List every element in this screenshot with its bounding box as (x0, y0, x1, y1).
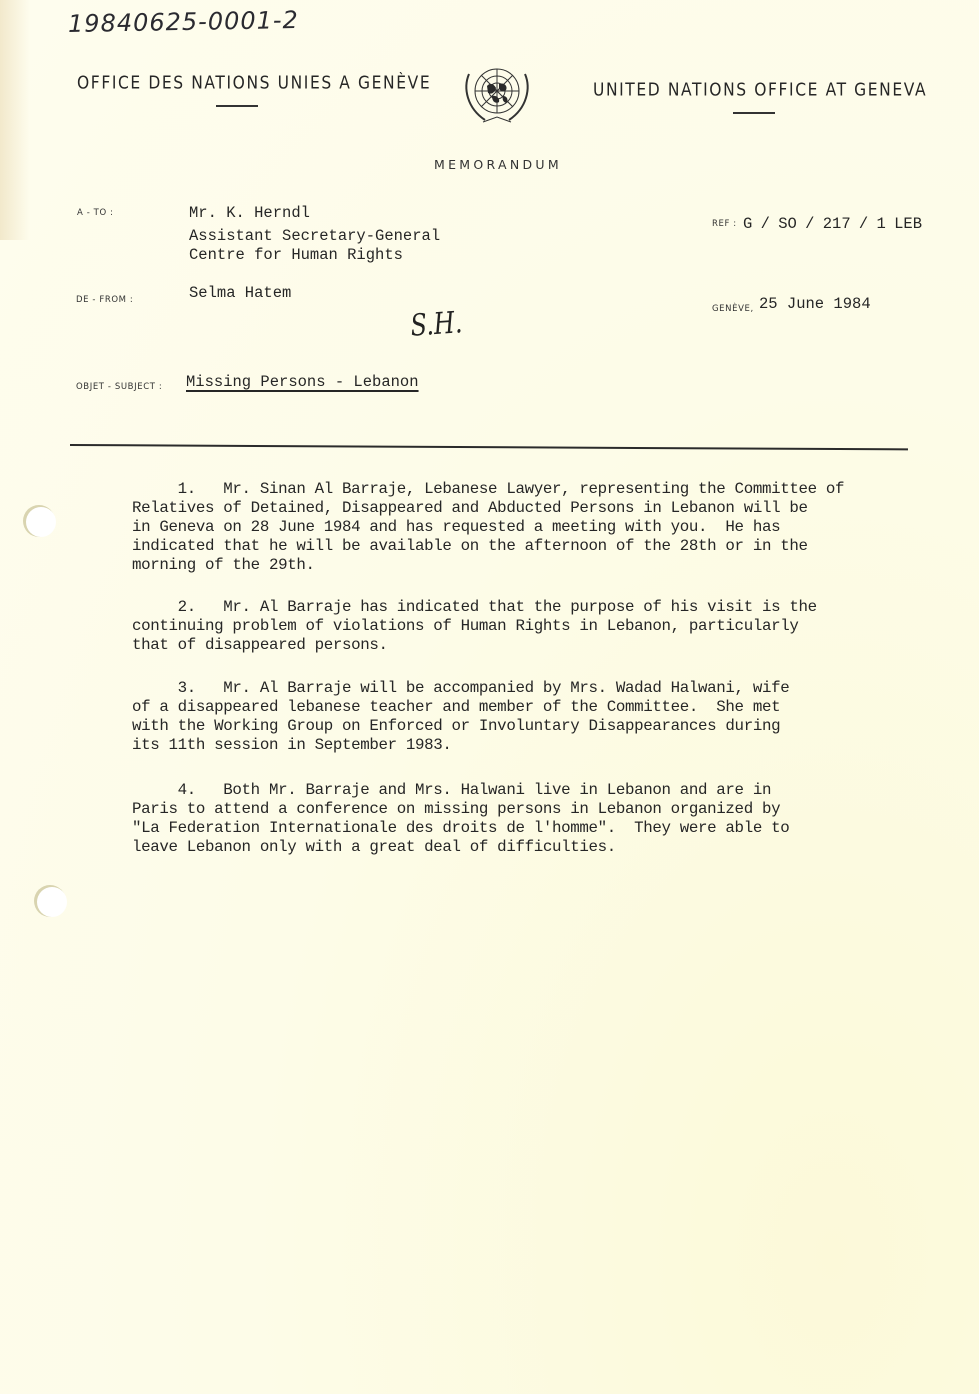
letterhead-left-rule (216, 105, 258, 107)
to-title: Assistant Secretary-General (189, 227, 440, 247)
paragraph-line: that of disappeared persons. (132, 636, 932, 655)
paragraph-1: 1. Mr. Sinan Al Barraje, Lebanese Lawyer… (132, 480, 932, 575)
punch-hole-bottom (37, 887, 67, 917)
paragraph-line: 3. Mr. Al Barraje will be accompanied by… (132, 679, 932, 698)
paragraph-2: 2. Mr. Al Barraje has indicated that the… (132, 598, 932, 655)
paragraph-line: its 11th session in September 1983. (132, 736, 932, 755)
punch-hole-top (26, 507, 56, 537)
to-label: A - TO : (77, 208, 114, 218)
to-name: Mr. K. Herndl (189, 204, 310, 224)
letterhead-english-title: UNITED NATIONS OFFICE AT GENEVA (593, 80, 927, 100)
un-emblem-icon (459, 60, 535, 128)
date-location-label: GENÈVE, (712, 304, 754, 314)
paragraph-line: leave Lebanon only with a great deal of … (132, 838, 932, 857)
header-divider (70, 444, 908, 450)
handwritten-initials: S.H. (409, 305, 463, 344)
ref-number: G / SO / 217 / 1 LEB (743, 215, 922, 235)
handwritten-document-id: 19840625-0001-2 (68, 6, 299, 38)
paragraph-line: in Geneva on 28 June 1984 and has reques… (132, 518, 932, 537)
paragraph-line: morning of the 29th. (132, 556, 932, 575)
letterhead-right-rule (733, 112, 775, 114)
paragraph-line: Paris to attend a conference on missing … (132, 800, 932, 819)
ref-label: REF : (712, 219, 737, 229)
letterhead-french-title: OFFICE DES NATIONS UNIES A GENÈVE (77, 73, 431, 93)
to-department: Centre for Human Rights (189, 246, 403, 266)
paragraph-line: indicated that he will be available on t… (132, 537, 932, 556)
paragraph-line: 2. Mr. Al Barraje has indicated that the… (132, 598, 932, 617)
paragraph-4: 4. Both Mr. Barraje and Mrs. Halwani liv… (132, 781, 932, 857)
from-name: Selma Hatem (189, 284, 291, 304)
paragraph-line: Relatives of Detained, Disappeared and A… (132, 499, 932, 518)
paragraph-line: 4. Both Mr. Barraje and Mrs. Halwani liv… (132, 781, 932, 800)
paragraph-line: "La Federation Internationale des droits… (132, 819, 932, 838)
memo-page: 19840625-0001-2 OFFICE DES NATIONS UNIES… (0, 0, 979, 1394)
paragraph-line: continuing problem of violations of Huma… (132, 617, 932, 636)
from-label: DE - FROM : (76, 295, 133, 305)
memorandum-heading: MEMORANDUM (434, 157, 562, 172)
paragraph-line: 1. Mr. Sinan Al Barraje, Lebanese Lawyer… (132, 480, 932, 499)
date-value: 25 June 1984 (759, 295, 871, 315)
paragraph-3: 3. Mr. Al Barraje will be accompanied by… (132, 679, 932, 755)
subject-value: Missing Persons - Lebanon (186, 373, 419, 393)
paragraph-line: of a disappeared lebanese teacher and me… (132, 698, 932, 717)
paper-stain (0, 0, 30, 240)
paragraph-line: with the Working Group on Enforced or In… (132, 717, 932, 736)
subject-label: OBJET - SUBJECT : (76, 382, 162, 392)
